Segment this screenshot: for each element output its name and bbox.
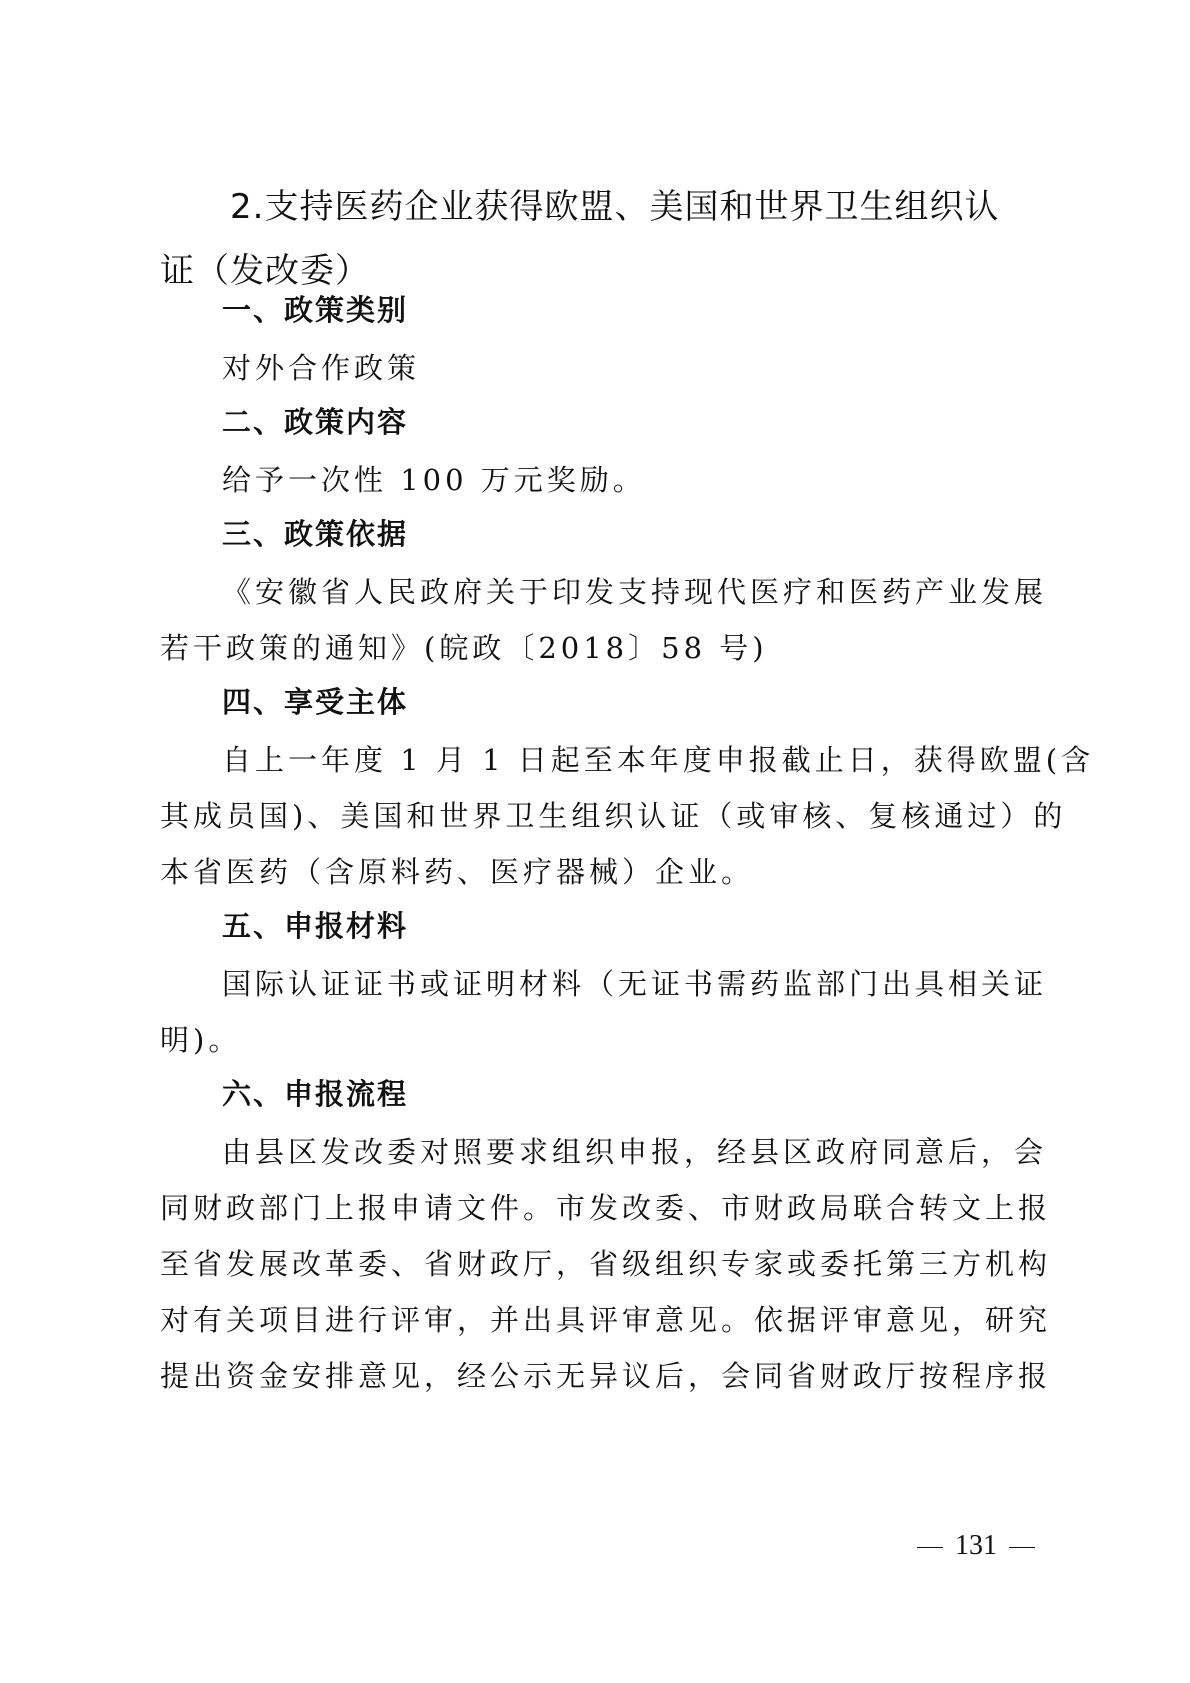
section-text: 自上一年度 1 月 1 日起至本年度申报截止日，获得欧盟(含 (222, 738, 1094, 779)
dash-left (917, 1547, 943, 1548)
section-text: 其成员国)、美国和世界卫生组织认证（或审核、复核通过）的 (160, 794, 1066, 835)
section-text: 由县区发改委对照要求组织申报，经县区政府同意后，会 (222, 1130, 1047, 1171)
section-text: 若干政策的通知》(皖政〔2018〕58 号) (160, 626, 768, 667)
section-text: 同财政部门上报申请文件。市发改委、市财政局联合转文上报 (160, 1186, 1051, 1227)
section-text: 给予一次性 100 万元奖励。 (222, 458, 646, 499)
section-text: 提出资金安排意见，经公示无异议后，会同省财政厅按程序报 (160, 1354, 1051, 1395)
section-heading-policy-basis: 三、政策依据 (222, 512, 408, 553)
section-text: 对外合作政策 (222, 346, 420, 387)
section-text: 明)。 (160, 1018, 241, 1059)
title-line-1: 2.支持医药企业获得欧盟、美国和世界卫生组织认 (230, 175, 999, 239)
section-heading-process: 六、申报流程 (222, 1072, 408, 1113)
section-text: 《安徽省人民政府关于印发支持现代医疗和医药产业发展 (222, 570, 1047, 611)
section-heading-materials: 五、申报材料 (222, 904, 408, 945)
section-heading-policy-content: 二、政策内容 (222, 400, 408, 441)
section-heading-beneficiary: 四、享受主体 (222, 680, 408, 721)
section-text: 国际认证证书或证明材料（无证书需药监部门出具相关证 (222, 962, 1047, 1003)
page-number: 131 (905, 1530, 1047, 1562)
section-heading-policy-category: 一、政策类别 (222, 288, 408, 329)
page-number-text: 131 (955, 1530, 997, 1561)
section-text: 对有关项目进行评审，并出具评审意见。依据评审意见，研究 (160, 1298, 1051, 1339)
section-text: 至省发展改革委、省财政厅，省级组织专家或委托第三方机构 (160, 1242, 1051, 1283)
section-text: 本省医药（含原料药、医疗器械）企业。 (160, 850, 754, 891)
dash-right (1009, 1547, 1035, 1548)
